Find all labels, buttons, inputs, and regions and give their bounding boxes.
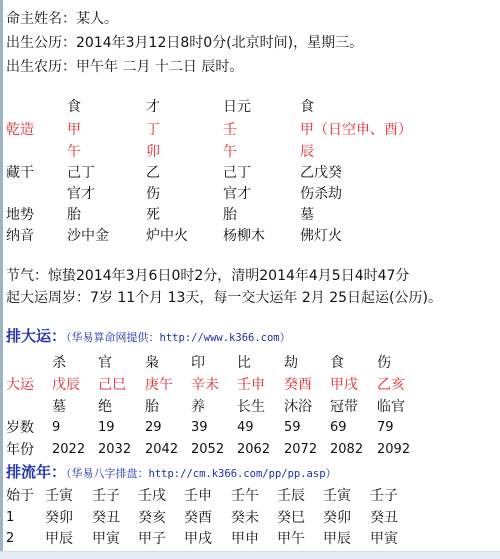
dayun-year: 2072 [284, 440, 317, 460]
branch-year: 午 [67, 142, 81, 162]
dayun-note-prefix: （华易算命网提供： [66, 331, 160, 344]
dayun-terrain: 沐浴 [284, 397, 312, 417]
jieqi-line: 节气：惊蛰2014年3月6日0时2分，清明2014年4月5日4时47分 [6, 266, 409, 286]
hidden-stem-year: 己丁 [67, 163, 95, 183]
liunian-note-suffix: ） [326, 467, 337, 480]
branch-month: 卯 [146, 142, 160, 162]
liunian-row-label: 始于 [6, 486, 34, 506]
liunian-cell: 甲寅 [92, 529, 120, 549]
stem-day: 壬 [223, 120, 237, 140]
terrain-month: 死 [146, 205, 160, 225]
hidden-stem-hour: 乙戊癸 [300, 163, 342, 183]
liunian-cell: 壬申 [184, 486, 212, 506]
dayun-terrain: 胎 [145, 397, 159, 417]
window-bottom-bar [0, 551, 500, 559]
dayun-pillar: 壬申 [237, 375, 265, 395]
ten-god-day: 日元 [223, 97, 251, 117]
liunian-cell: 甲申 [231, 529, 259, 549]
branch-hour: 辰 [300, 142, 314, 162]
liunian-header: 排流年：（华易八字排盘：http://cm.k366.com/pp/pp.asp… [6, 462, 337, 482]
terrain-hour: 墓 [300, 205, 314, 225]
dayun-god: 印 [191, 353, 205, 373]
dayun-year: 2062 [237, 440, 270, 460]
stem-year: 甲 [67, 120, 81, 140]
stem-hour: 甲（日空申、酉） [300, 120, 412, 140]
dayun-god: 比 [237, 353, 251, 373]
dayun-age: 79 [377, 418, 394, 438]
dayun-god: 劫 [284, 353, 298, 373]
dayun-terrain: 绝 [98, 397, 112, 417]
lunar-birth-line: 出生农历：甲午年 二月 十二日 辰时。 [6, 57, 243, 77]
dayun-terrain: 冠带 [330, 397, 358, 417]
liunian-cell: 壬子 [92, 486, 120, 506]
hidden-god-day: 官才 [223, 184, 251, 204]
nayin-month: 炉中火 [146, 226, 188, 246]
nayin-year: 沙中金 [67, 226, 109, 246]
dayun-pillar: 庚午 [145, 375, 173, 395]
dayun-terrain: 临官 [377, 397, 405, 417]
dayun-terrain: 养 [191, 397, 205, 417]
hidden-god-hour: 伤杀劫 [300, 184, 342, 204]
ten-god-month: 才 [146, 97, 160, 117]
liunian-cell: 甲戌 [184, 529, 212, 549]
dayun-pillar: 甲戌 [330, 375, 358, 395]
branch-day: 午 [223, 142, 237, 162]
dayun-pillar: 乙亥 [377, 375, 405, 395]
dayun-god: 杀 [52, 353, 66, 373]
liunian-row-label: 1 [6, 508, 14, 528]
terrain-day: 胎 [223, 205, 237, 225]
ten-god-hour: 食 [300, 97, 314, 117]
liunian-cell: 癸酉 [184, 508, 212, 528]
terrain-year: 胎 [67, 205, 81, 225]
hidden-stem-month: 乙 [146, 163, 160, 183]
hidden-stems-label: 藏干 [6, 163, 34, 183]
stem-month: 丁 [146, 120, 160, 140]
dayun-pillar: 戊辰 [52, 375, 80, 395]
liunian-row-label: 2 [6, 529, 14, 549]
liunian-cell: 壬辰 [277, 486, 305, 506]
dayun-label: 大运 [6, 375, 34, 395]
liunian-cell: 癸卯 [45, 508, 73, 528]
ten-god-year: 食 [67, 97, 81, 117]
dayun-god: 食 [330, 353, 344, 373]
dayun-terrain: 墓 [52, 397, 66, 417]
liunian-cell: 壬午 [231, 486, 259, 506]
nayin-label: 纳音 [6, 226, 34, 246]
liunian-cell: 甲辰 [323, 529, 351, 549]
dayun-year: 2082 [330, 440, 363, 460]
liunian-cell: 壬寅 [45, 486, 73, 506]
terrain-label: 地势 [6, 205, 34, 225]
dayun-note-suffix: ） [280, 331, 291, 344]
dayun-god: 伤 [377, 353, 391, 373]
solar-birth-line: 出生公历：2014年3月12日8时0分(北京时间)，星期三。 [6, 33, 363, 53]
liunian-cell: 甲午 [277, 529, 305, 549]
liunian-cell: 癸未 [231, 508, 259, 528]
dayun-title: 排大运： [6, 327, 66, 345]
dayun-pillar: 辛未 [191, 375, 219, 395]
dayun-year: 2092 [377, 440, 410, 460]
dayun-age: 49 [237, 418, 254, 438]
dayun-source-link[interactable]: http://www.k366.com [160, 332, 280, 344]
liunian-cell: 甲寅 [370, 529, 398, 549]
dayun-terrain: 长生 [237, 397, 265, 417]
dayun-age: 69 [330, 418, 347, 438]
dayun-year: 2042 [145, 440, 178, 460]
stems-label: 乾造 [6, 120, 34, 140]
dayun-year: 2032 [98, 440, 131, 460]
dayun-age: 9 [52, 418, 60, 438]
liunian-cell: 甲子 [138, 529, 166, 549]
dayun-pillar: 己巳 [98, 375, 126, 395]
dayun-age-label: 岁数 [6, 418, 34, 438]
liunian-cell: 壬寅 [323, 486, 351, 506]
qiyun-line: 起大运周岁：7岁 11个月 13天，每一交大运年 2月 25日起运(公历)。 [6, 288, 442, 308]
window-left-border [0, 0, 3, 559]
liunian-cell: 癸巳 [277, 508, 305, 528]
dayun-year-label: 年份 [6, 440, 34, 460]
liunian-cell: 癸亥 [138, 508, 166, 528]
dayun-age: 29 [145, 418, 162, 438]
nayin-hour: 佛灯火 [300, 226, 342, 246]
dayun-header: 排大运：（华易算命网提供：http://www.k366.com） [6, 326, 291, 346]
dayun-god: 枭 [145, 353, 159, 373]
dayun-age: 59 [284, 418, 301, 438]
dayun-age: 39 [191, 418, 208, 438]
dayun-pillar: 癸酉 [284, 375, 312, 395]
liunian-title: 排流年： [6, 463, 66, 481]
liunian-cell: 癸卯 [323, 508, 351, 528]
nayin-day: 杨柳木 [223, 226, 265, 246]
liunian-cell: 壬戌 [138, 486, 166, 506]
liunian-source-link[interactable]: http://cm.k366.com/pp/pp.asp [149, 468, 326, 480]
liunian-cell: 甲辰 [45, 529, 73, 549]
dayun-age: 19 [98, 418, 115, 438]
dayun-god: 官 [98, 353, 112, 373]
hidden-god-year: 官才 [67, 184, 95, 204]
name-line: 命主姓名：某人。 [6, 9, 118, 29]
liunian-cell: 癸丑 [370, 508, 398, 528]
hidden-god-month: 伤 [146, 184, 160, 204]
liunian-cell: 癸丑 [92, 508, 120, 528]
dayun-year: 2022 [52, 440, 85, 460]
dayun-year: 2052 [191, 440, 224, 460]
hidden-stem-day: 己丁 [223, 163, 251, 183]
liunian-cell: 壬子 [370, 486, 398, 506]
liunian-note-prefix: （华易八字排盘： [66, 467, 149, 480]
